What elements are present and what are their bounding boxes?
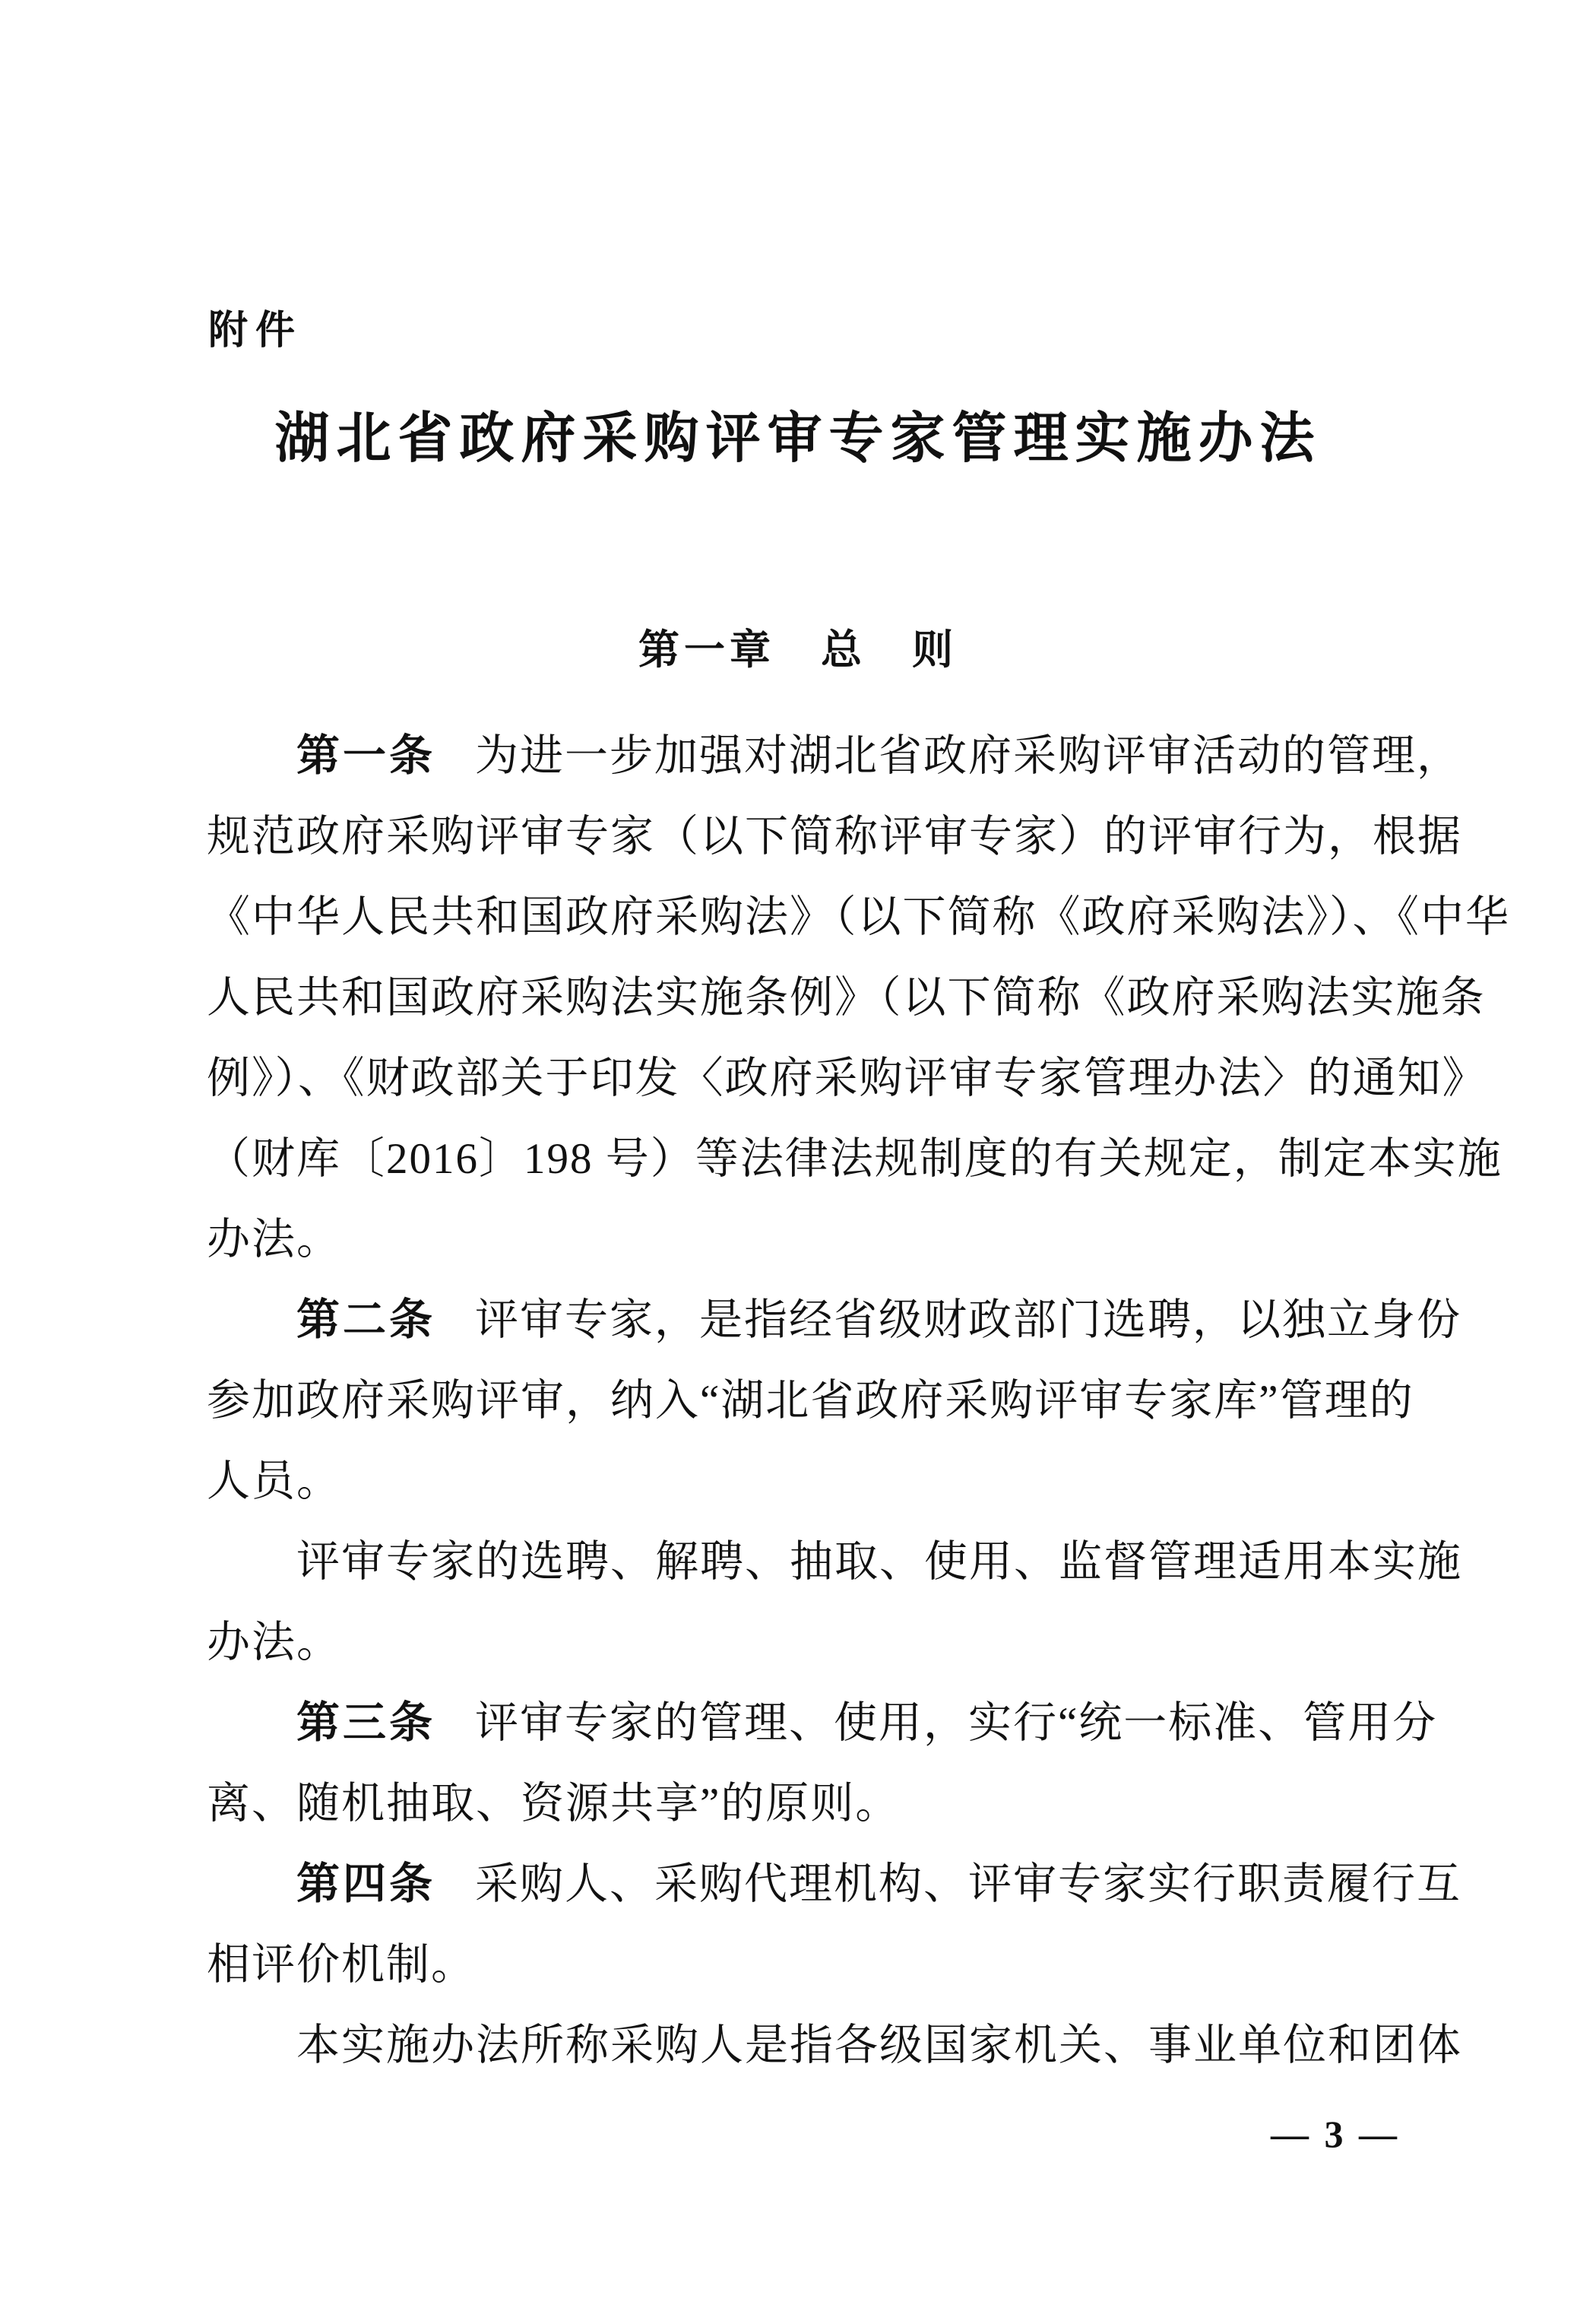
body-line-text: 采购人、采购代理机构、评审专家实行职责履行互 (475, 1860, 1461, 1908)
chapter-heading: 第一章 总 则 (0, 617, 1596, 676)
body-line: 人员。 (207, 1441, 1544, 1522)
body-line-text: 评审专家的选聘、解聘、抽取、使用、监督管理适用本实施 (296, 1538, 1462, 1586)
body-line: 《中华人民共和国政府采购法》（以下简称《政府采购法》）、《中华 (207, 877, 1544, 958)
body-line: 例》）、《财政部关于印发〈政府采购评审专家管理办法〉的通知》 (207, 1038, 1544, 1119)
body-line: 相评价机制。 (207, 1925, 1544, 2005)
page-title: 湖北省政府采购评审专家管理实施办法 (0, 394, 1596, 473)
body-line: 第一条为进一步加强对湖北省政府采购评审活动的管理， (207, 716, 1544, 797)
body-line: 第二条评审专家，是指经省级财政部门选聘，以独立身份 (207, 1280, 1544, 1361)
body-line-text: 人员。 (207, 1457, 341, 1505)
body-line-text: 离、随机抽取、资源共享”的原则。 (207, 1780, 900, 1828)
body-line-text: 参加政府采购评审，纳入“湖北省政府采购评审专家库”管理的 (207, 1377, 1414, 1425)
body-line-text: 办法。 (207, 1216, 341, 1263)
body-line: 第四条采购人、采购代理机构、评审专家实行职责履行互 (207, 1844, 1544, 1925)
body-line-text: 为进一步加强对湖北省政府采购评审活动的管理， (475, 732, 1461, 780)
body-line: 人民共和国政府采购法实施条例》（以下简称《政府采购法实施条 (207, 958, 1544, 1038)
body-line-text: （财库〔2016〕198 号）等法律法规制度的有关规定，制定本实施 (207, 1135, 1503, 1183)
body-line: 评审专家的选聘、解聘、抽取、使用、监督管理适用本实施 (207, 1522, 1544, 1603)
body-line-text: 例》）、《财政部关于印发〈政府采购评审专家管理办法〉的通知》 (207, 1054, 1487, 1102)
body-line-text: 办法。 (207, 1619, 341, 1666)
body-line-text: 本实施办法所称采购人是指各级国家机关、事业单位和团体 (296, 2021, 1462, 2069)
document-body: 第一条为进一步加强对湖北省政府采购评审活动的管理， 规范政府采购评审专家（以下简… (207, 716, 1544, 2086)
body-line: 办法。 (207, 1200, 1544, 1280)
body-line: 参加政府采购评审，纳入“湖北省政府采购评审专家库”管理的 (207, 1361, 1544, 1441)
body-line: 规范政府采购评审专家（以下简称评审专家）的评审行为，根据 (207, 797, 1544, 877)
body-line: 离、随机抽取、资源共享”的原则。 (207, 1764, 1544, 1844)
body-line: （财库〔2016〕198 号）等法律法规制度的有关规定，制定本实施 (207, 1119, 1544, 1200)
body-line: 本实施办法所称采购人是指各级国家机关、事业单位和团体 (207, 2005, 1544, 2086)
article-number: 第二条 (296, 1296, 435, 1344)
body-line-text: 评审专家，是指经省级财政部门选聘，以独立身份 (475, 1296, 1461, 1344)
document-page: 附件 湖北省政府采购评审专家管理实施办法 第一章 总 则 第一条为进一步加强对湖… (0, 0, 1596, 2305)
body-line-text: 规范政府采购评审专家（以下简称评审专家）的评审行为，根据 (207, 813, 1462, 861)
article-number: 第三条 (296, 1699, 435, 1747)
body-line-text: 相评价机制。 (207, 1941, 476, 1989)
body-line-text: 人民共和国政府采购法实施条例》（以下简称《政府采购法实施条 (207, 974, 1486, 1022)
body-line: 办法。 (207, 1603, 1544, 1683)
page-number: — 3 — (1271, 2112, 1400, 2156)
attachment-label: 附件 (208, 298, 302, 355)
body-line-text: 评审专家的管理、使用，实行“统一标准、管用分 (475, 1699, 1437, 1747)
article-number: 第四条 (296, 1860, 435, 1908)
body-line: 第三条评审专家的管理、使用，实行“统一标准、管用分 (207, 1683, 1544, 1764)
article-number: 第一条 (296, 732, 435, 780)
body-line-text: 《中华人民共和国政府采购法》（以下简称《政府采购法》）、《中华 (207, 893, 1510, 941)
